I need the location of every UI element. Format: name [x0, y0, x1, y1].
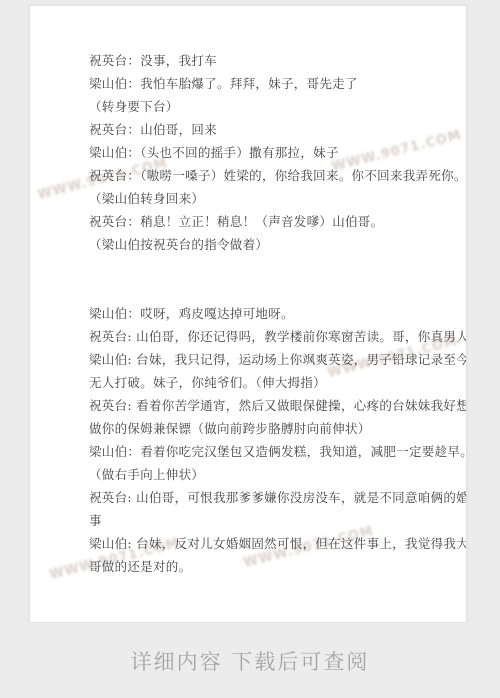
script-line: 梁山伯: 台妹，反对儿女婚姻固然可恨，但在这件事上，我觉得我大 [89, 532, 461, 555]
script-line: 事 [89, 509, 461, 532]
script-line: 祝英台: 山伯哥，你还记得吗，教学楼前你寒窗苦读。哥，你真男人。 [89, 325, 461, 348]
script-line: 祝英台：稍息！立正！稍息！（声音发嗲）山伯哥。 [89, 210, 461, 233]
script-line: 梁山伯：（头也不回的摇手）撒有那拉，妹子 [89, 141, 461, 164]
script-line: （梁山伯转身回来） [89, 187, 461, 210]
script-line: 祝英台：山伯哥，回来 [89, 118, 461, 141]
download-notice-text: 详细内容 下载后可查阅 [131, 646, 370, 676]
script-block-2: 梁山伯：哎呀，鸡皮嘎达掉可地呀。祝英台: 山伯哥，你还记得吗，教学楼前你寒窗苦读… [89, 302, 461, 578]
script-line: 无人打破。妹子，你纯爷们。（伸大拇指） [89, 371, 461, 394]
script-line: 梁山伯：看着你吃完汉堡包又造俩发糕，我知道，减肥一定要趁早。 [89, 440, 461, 463]
script-text: 祝英台：没事，我打车梁山伯：我怕车胎爆了。拜拜，妹子，哥先走了（转身要下台）祝英… [89, 49, 461, 578]
script-block-1: 祝英台：没事，我打车梁山伯：我怕车胎爆了。拜拜，妹子，哥先走了（转身要下台）祝英… [89, 49, 461, 256]
script-line: （梁山伯按祝英台的指令做着） [89, 233, 461, 256]
script-line: 祝英台：没事，我打车 [89, 49, 461, 72]
script-line: 哥做的还是对的。 [89, 555, 461, 578]
script-line: （做右手向上伸状） [89, 463, 461, 486]
script-line: 梁山伯：我怕车胎爆了。拜拜，妹子，哥先走了 [89, 72, 461, 95]
script-line: 梁山伯：哎呀，鸡皮嘎达掉可地呀。 [89, 302, 461, 325]
script-line: 祝英台: 看着你苦学通宵，然后又做眼保健操，心疼的台妹妹我好想 [89, 394, 461, 417]
footer-bar: 详细内容 下载后可查阅 [0, 623, 500, 698]
document-page: WWW.9071.COM WWW.9071.COM WWW.9071.COM W… [29, 5, 467, 623]
script-line: 做你的保姆兼保镖（做向前跨步胳膊肘向前伸状） [89, 417, 461, 440]
script-line: 梁山伯: 台妹，我只记得，运动场上你飒爽英姿，男子铅球记录至今 [89, 348, 461, 371]
script-line: 祝英台：（嗷唠一嗓子）姓梁的，你给我回来。你不回来我弄死你。 [89, 164, 461, 187]
script-line: （转身要下台） [89, 95, 461, 118]
script-line: 祝英台: 山伯哥，可恨我那爹爹嫌你没房没车，就是不同意咱俩的婚 [89, 486, 461, 509]
document-preview-screen: WWW.9071.COM WWW.9071.COM WWW.9071.COM W… [0, 0, 500, 698]
